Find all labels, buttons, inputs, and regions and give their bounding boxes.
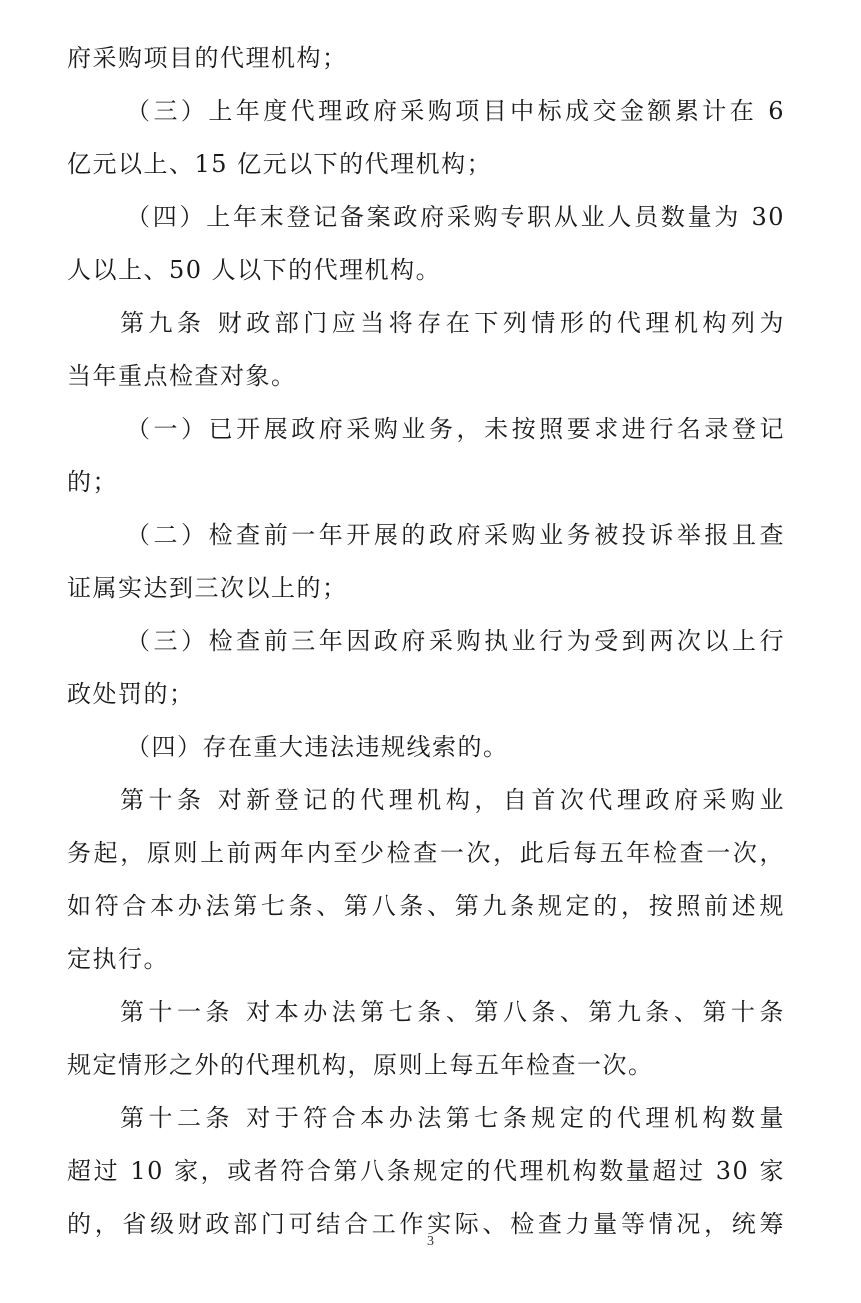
list-item-line: （四）上年末登记备案政府采购专职从业人员数量为 30 <box>126 191 785 243</box>
document-page: 府采购项目的代理机构； （三）上年度代理政府采购项目中标成交金额累计在 6 亿元… <box>0 0 861 1303</box>
text-line: 务起，原则上前两年内至少检查一次，此后每五年检查一次， <box>67 827 785 879</box>
text-line: 超过 10 家，或者符合第八条规定的代理机构数量超过 30 家 <box>67 1145 785 1197</box>
text-line: 如符合本办法第七条、第八条、第九条规定的，按照前述规 <box>67 880 785 932</box>
text-line: 府采购项目的代理机构； <box>67 32 785 84</box>
article-heading-line: 第十一条 对本办法第七条、第八条、第九条、第十条 <box>120 986 785 1038</box>
list-item-line: （三）检查前三年因政府采购执业行为受到两次以上行 <box>126 615 785 667</box>
text-line: 亿元以上、15 亿元以下的代理机构； <box>67 138 785 190</box>
article-heading-line: 第十二条 对于符合本办法第七条规定的代理机构数量 <box>120 1092 785 1144</box>
text-line: 证属实达到三次以上的； <box>67 562 785 614</box>
list-item-line: （三）上年度代理政府采购项目中标成交金额累计在 6 <box>126 85 785 137</box>
text-line: 规定情形之外的代理机构，原则上每五年检查一次。 <box>67 1039 785 1091</box>
list-item-line: （一）已开展政府采购业务，未按照要求进行名录登记 <box>126 403 785 455</box>
page-number: 3 <box>0 1234 861 1250</box>
text-line: 定执行。 <box>67 933 785 985</box>
article-heading-line: 第九条 财政部门应当将存在下列情形的代理机构列为 <box>120 297 785 349</box>
text-line: 的； <box>67 456 785 508</box>
list-item-line: （四）存在重大违法违规线索的。 <box>126 721 785 773</box>
article-heading-line: 第十条 对新登记的代理机构，自首次代理政府采购业 <box>120 774 785 826</box>
text-line: 政处罚的； <box>67 668 785 720</box>
list-item-line: （二）检查前一年开展的政府采购业务被投诉举报且查 <box>126 509 785 561</box>
text-line: 当年重点检查对象。 <box>67 350 785 402</box>
text-line: 人以上、50 人以下的代理机构。 <box>67 244 785 296</box>
